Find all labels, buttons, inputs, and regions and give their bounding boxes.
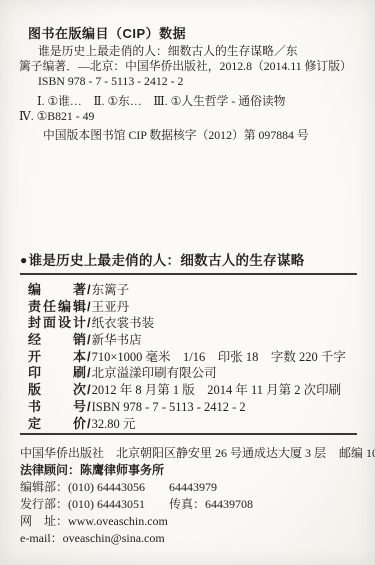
publisher-line: 中国华侨出版社北京朝阳区静安里 26 号通成达大厦 3 层邮编 100028 (20, 445, 371, 462)
cip-record-line: 中国版本图书馆 CIP 数据核字（2012）第 097884 号 (43, 126, 309, 143)
colophon-row-printer: 印 刷/北京溢漾印刷有限公司 (28, 365, 369, 382)
colophon: 编 著/东篱子 责任编辑/王亚丹 封面设计/纸衣裳书装 经 销/新华书店 开 本… (28, 282, 369, 432)
divider-top (20, 273, 357, 275)
divider-bottom (20, 433, 357, 435)
colophon-label: 经 销 (28, 332, 86, 349)
bullet-icon: ● (20, 253, 28, 267)
publisher-contact: 中国华侨出版社北京朝阳区静安里 26 号通成达大厦 3 层邮编 100028 法… (20, 440, 371, 547)
colophon-label: 开 本 (28, 349, 86, 366)
colophon-row-author: 编 著/东篱子 (28, 282, 369, 299)
copyright-page: 图书在版编目（CIP）数据 谁是历史上最走俏的人：细数古人的生存谋略／东 篱子编… (0, 0, 375, 565)
cip-classification-line1: Ⅰ. ①谁… Ⅱ. ①东… Ⅲ. ①人生哲学 - 通俗读物 (19, 94, 367, 109)
email-line: e-mail：oveaschin@sina.com (20, 530, 371, 547)
colophon-value: 东篱子 (92, 283, 130, 297)
editorial-dept-line: 编辑部：(010) 64443056 64443979 (20, 479, 371, 496)
colophon-label: 编 著 (28, 282, 86, 299)
colophon-value: 北京溢漾印刷有限公司 (92, 366, 217, 380)
cip-classification: Ⅰ. ①谁… Ⅱ. ①东… Ⅲ. ①人生哲学 - 通俗读物 Ⅳ. ①B821 -… (19, 94, 367, 124)
colophon-row-price: 定 价/32.80 元 (28, 416, 369, 433)
colophon-value: 710×1000 毫米 1/16 印张 18 字数 220 千字 (92, 350, 346, 364)
website-line: 网 址：www.oveaschin.com (20, 513, 371, 530)
colophon-label: 责任编辑 (28, 299, 86, 316)
distribution-dept-line: 发行部：(010) 64443051 传真：64439708 (20, 496, 371, 513)
colophon-row-isbn: 书 号/ISBN 978 - 7 - 5113 - 2412 - 2 (28, 399, 369, 416)
cip-classification-line2: Ⅳ. ①B821 - 49 (19, 109, 367, 124)
colophon-value: ISBN 978 - 7 - 5113 - 2412 - 2 (92, 400, 246, 414)
cip-isbn-line: ISBN 978 - 7 - 5113 - 2412 - 2 (19, 74, 367, 89)
publisher-address: 北京朝阳区静安里 26 号通成达大厦 3 层 (116, 446, 326, 460)
colophon-value: 王亚丹 (92, 300, 130, 314)
colophon-row-edition: 版 次/2012 年 8 月第 1 版 2014 年 11 月第 2 次印刷 (28, 382, 369, 399)
email-label: e-mail： (20, 531, 63, 545)
colophon-row-distributor: 经 销/新华书店 (28, 332, 369, 349)
legal-counsel-line: 法律顾问：陈鹰律师事务所 (20, 462, 371, 479)
cip-header: 图书在版编目（CIP）数据 (28, 23, 186, 42)
cip-title-line2: 篱子编著．—北京：中国华侨出版社，2012.8（2014.11 修订版） (19, 59, 367, 74)
colophon-label: 印 刷 (28, 365, 86, 382)
colophon-row-format: 开 本/710×1000 毫米 1/16 印张 18 字数 220 千字 (28, 349, 369, 366)
book-title-text: 谁是历史上最走俏的人：细数古人的生存谋略 (29, 253, 305, 268)
website-label: 网 址： (20, 514, 68, 528)
colophon-label: 封面设计 (28, 315, 86, 332)
colophon-row-editor: 责任编辑/王亚丹 (28, 299, 369, 316)
postal-code: 邮编 100028 (339, 446, 375, 460)
email-address: oveaschin@sina.com (63, 531, 165, 545)
colophon-value: 纸衣裳书装 (92, 316, 155, 330)
cip-block: 谁是历史上最走俏的人：细数古人的生存谋略／东 篱子编著．—北京：中国华侨出版社，… (19, 44, 367, 89)
publisher-name: 中国华侨出版社 (20, 446, 104, 460)
colophon-label: 书 号 (28, 399, 86, 416)
colophon-value: 32.80 元 (92, 417, 136, 431)
book-title: ●谁是历史上最走俏的人：细数古人的生存谋略 (20, 249, 305, 269)
colophon-label: 定 价 (28, 416, 86, 433)
colophon-value: 新华书店 (92, 333, 142, 347)
colophon-row-cover-design: 封面设计/纸衣裳书装 (28, 315, 369, 332)
colophon-label: 版 次 (28, 382, 86, 399)
cip-title-line1: 谁是历史上最走俏的人：细数古人的生存谋略／东 (19, 44, 367, 59)
colophon-value: 2012 年 8 月第 1 版 2014 年 11 月第 2 次印刷 (92, 383, 342, 397)
website-url: www.oveaschin.com (68, 514, 168, 528)
